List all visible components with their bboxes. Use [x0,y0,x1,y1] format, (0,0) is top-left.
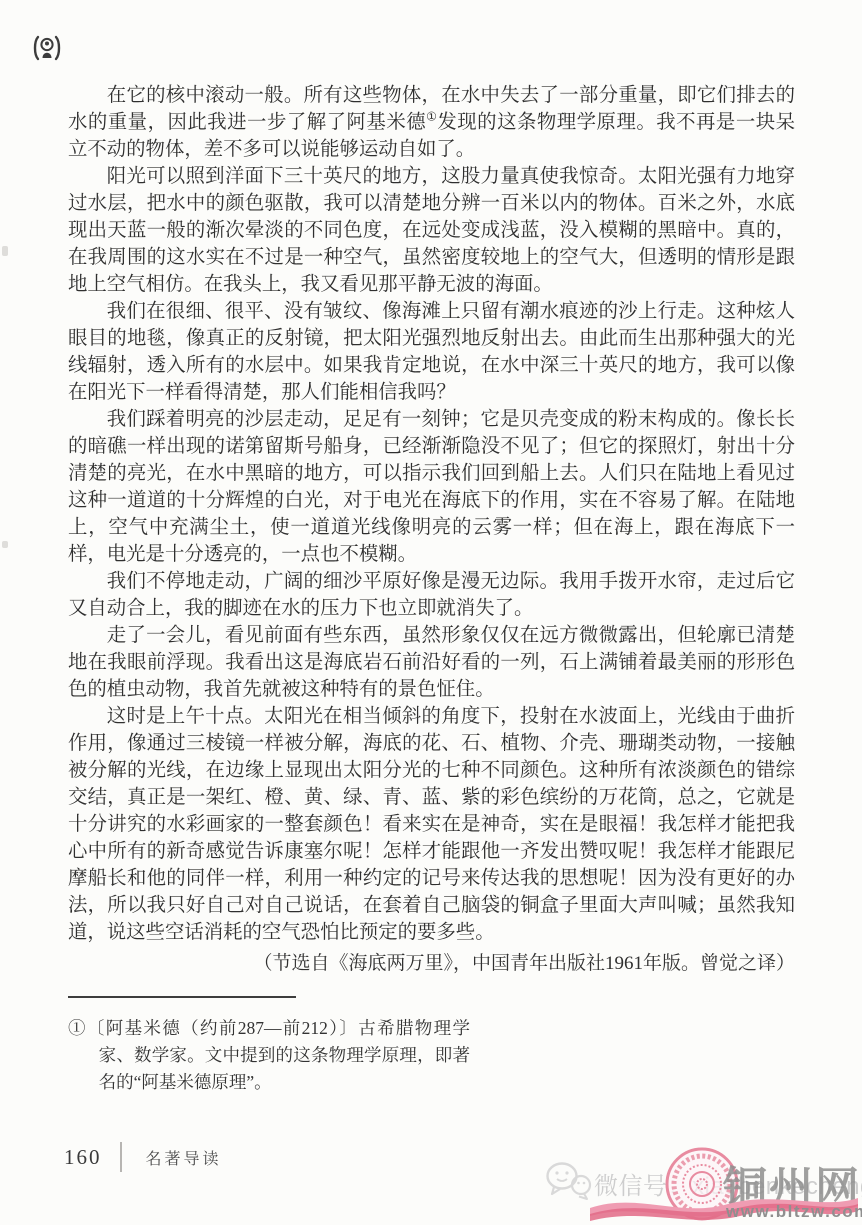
reader-figure-icon-svg [32,34,62,62]
article: 在它的核中滚动一般。所有这些物体，在水中失去了一部分重量，即它们排去的水的重量，… [68,82,795,977]
footnote-text: ①〔阿基米德（约前287—前212）〕古希腊物理学家、数学家。文中提到的这条物理… [68,1015,470,1096]
section-title: 名著导读 [146,1146,222,1169]
footnote-divider [68,996,296,998]
paragraph: 走了一会儿，看见前面有些东西，虽然形象仅仅在远方微微露出，但轮廓已清楚地在我眼前… [68,622,795,703]
textbook-page: 在它的核中滚动一般。所有这些物体，在水中失去了一部分重量，即它们排去的水的重量，… [0,0,862,1225]
footnote-block: ①〔阿基米德（约前287—前212）〕古希腊物理学家、数学家。文中提到的这条物理… [68,996,470,1096]
page-number: 160 [64,1145,102,1170]
paragraph: 这时是上午十点。太阳光在相当倾斜的角度下，投射在水波面上，光线由于曲折作用，像通… [68,703,795,946]
site-url: www.bltzw.com [726,1202,862,1222]
paragraph: 我们踩着明亮的沙层走动，足足有一刻钟；它是贝壳变成的粉末构成的。像长长的暗礁一样… [68,406,795,568]
reader-figure-icon [32,34,62,62]
page-footer: 160 名著导读 [64,1141,222,1173]
paragraph: 我们不停地走动，广阔的细沙平原好像是漫无边际。我用手拨开水帘，走过后它又自动合上… [68,568,795,622]
scan-artifact [2,541,8,548]
paragraph: 我们在很细、很平、没有皱纹、像海滩上只留有潮水痕迹的沙上行走。这种炫人眼目的地毯… [68,298,795,406]
site-watermark: 微信号：xiaobenkecheng 铜州网 www.bltzw.com [540,1140,862,1225]
footer-divider [120,1142,122,1172]
paragraph: 阳光可以照到洋面下三十英尺的地方，这股力量真使我惊奇。太阳光强有力地穿过水层，把… [68,163,795,298]
article-body: 在它的核中滚动一般。所有这些物体，在水中失去了一部分重量，即它们排去的水的重量，… [68,82,795,946]
paragraph: 在它的核中滚动一般。所有这些物体，在水中失去了一部分重量，即它们排去的水的重量，… [68,82,795,163]
wechat-icon [544,1160,592,1207]
scan-artifact [2,246,8,256]
footnote-ref: ① [426,110,437,124]
source-attribution: （节选自《海底两万里》，中国青年出版社1961年版。曾觉之译） [68,950,795,977]
